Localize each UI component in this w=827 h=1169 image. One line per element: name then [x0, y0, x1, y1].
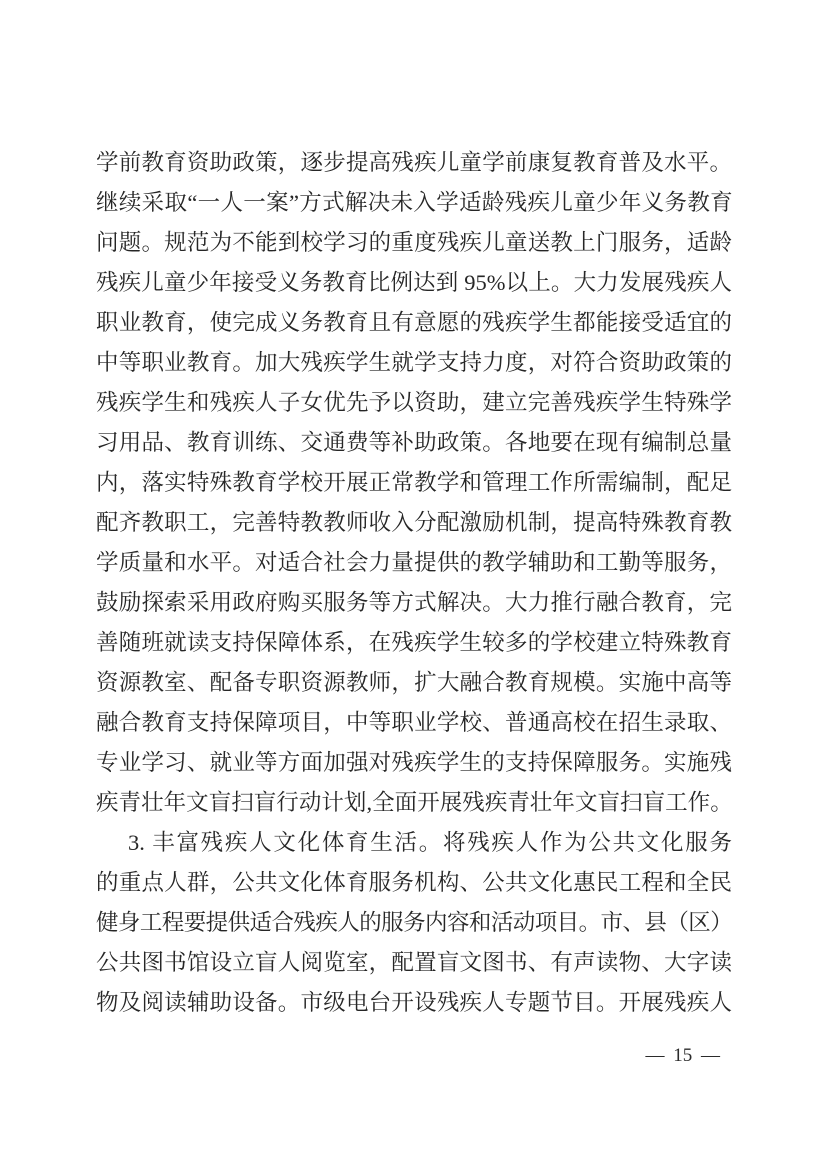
- text-line-paragraph-start: 3. 丰富残疾人文化体育生活。将残疾人作为公共文化服务: [96, 823, 732, 863]
- text-line: 中等职业教育。加大残疾学生就学支持力度，对符合资助政策的: [96, 343, 732, 383]
- text-line: 善随班就读支持保障体系，在残疾学生较多的学校建立特殊教育: [96, 623, 732, 663]
- text-line: 疾青壮年文盲扫盲行动计划,全面开展残疾青壮年文盲扫盲工作。: [96, 783, 732, 823]
- text-line: 公共图书馆设立盲人阅览室，配置盲文图书、有声读物、大字读: [96, 943, 732, 983]
- text-line: 学质量和水平。对适合社会力量提供的教学辅助和工勤等服务，: [96, 543, 732, 583]
- text-line: 内，落实特殊教育学校开展正常教学和管理工作所需编制，配足: [96, 463, 732, 503]
- text-line: 职业教育，使完成义务教育且有意愿的残疾学生都能接受适宜的: [96, 303, 732, 343]
- page-number: — 15 —: [646, 1042, 721, 1070]
- text-line: 融合教育支持保障项目，中等职业学校、普通高校在招生录取、: [96, 703, 732, 743]
- document-page: 学前教育资助政策，逐步提高残疾儿童学前康复教育普及水平。 继续采取“一人一案”方…: [0, 0, 827, 1169]
- text-line: 继续采取“一人一案”方式解决未入学适龄残疾儿童少年义务教育: [96, 183, 732, 223]
- document-body: 学前教育资助政策，逐步提高残疾儿童学前康复教育普及水平。 继续采取“一人一案”方…: [96, 143, 732, 1023]
- text-line: 配齐教职工，完善特教教师收入分配激励机制，提高特殊教育教: [96, 503, 732, 543]
- text-line: 专业学习、就业等方面加强对残疾学生的支持保障服务。实施残: [96, 743, 732, 783]
- text-line: 鼓励探索采用政府购买服务等方式解决。大力推行融合教育，完: [96, 583, 732, 623]
- text-line: 的重点人群，公共文化体育服务机构、公共文化惠民工程和全民: [96, 863, 732, 903]
- text-line: 物及阅读辅助设备。市级电台开设残疾人专题节目。开展残疾人: [96, 983, 732, 1023]
- text-line: 残疾儿童少年接受义务教育比例达到 95%以上。大力发展残疾人: [96, 263, 732, 303]
- text-line: 残疾学生和残疾人子女优先予以资助，建立完善残疾学生特殊学: [96, 383, 732, 423]
- text-line: 学前教育资助政策，逐步提高残疾儿童学前康复教育普及水平。: [96, 143, 732, 183]
- text-line: 资源教室、配备专职资源教师，扩大融合教育规模。实施中高等: [96, 663, 732, 703]
- text-line: 健身工程要提供适合残疾人的服务内容和活动项目。市、县（区）: [96, 903, 732, 943]
- text-line: 问题。规范为不能到校学习的重度残疾儿童送教上门服务，适龄: [96, 223, 732, 263]
- text-line: 习用品、教育训练、交通费等补助政策。各地要在现有编制总量: [96, 423, 732, 463]
